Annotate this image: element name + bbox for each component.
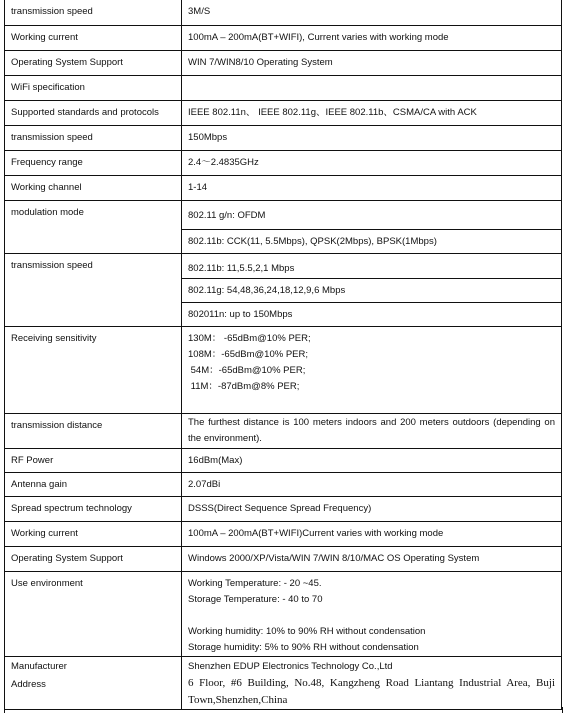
section-heading-wifi: WiFi specification (5, 75, 182, 100)
manufacturer-values: Shenzhen EDUP Electronics Technology Co.… (182, 656, 562, 709)
address-label: Address (11, 677, 175, 693)
manufacturer-address: 6 Floor, #6 Building, No.48, Kangzheng R… (188, 675, 555, 709)
spec-value-list: 130M： -65dBm@10% PER; 108M：-65dBm@10% PE… (182, 326, 562, 413)
sensitivity-line: 54M：-65dBm@10% PER; (188, 363, 555, 379)
table-row: Working current 100mA – 200mA(BT+WIFI)Cu… (5, 521, 562, 546)
spec-value: 1-14 (182, 175, 562, 200)
spec-label: Working channel (5, 175, 182, 200)
table-row: Manufacturer Address Shenzhen EDUP Elect… (5, 656, 562, 709)
table-continuation (4, 707, 563, 713)
table-row: Supported standards and protocols IEEE 8… (5, 100, 562, 125)
spec-label: Frequency range (5, 150, 182, 175)
manufacturer-label: Manufacturer (11, 659, 175, 675)
spec-value: DSSS(Direct Sequence Spread Frequency) (182, 496, 562, 521)
spec-value: 802.11g: 54,48,36,24,18,12,9,6 Mbps (182, 278, 562, 302)
spec-value: 150Mbps (182, 125, 562, 150)
table-row: Operating System Support Windows 2000/XP… (5, 546, 562, 571)
table-row: Antenna gain 2.07dBi (5, 472, 562, 496)
spec-label: transmission speed (5, 0, 182, 25)
table-row: modulation mode 802.11 g/n: OFDM (5, 200, 562, 229)
spec-value: 100mA – 200mA(BT+WIFI)Current varies wit… (182, 521, 562, 546)
spec-value (182, 75, 562, 100)
spec-label: transmission speed (5, 125, 182, 150)
manufacturer-name: Shenzhen EDUP Electronics Technology Co.… (188, 659, 555, 675)
spec-value: 802.11b: CCK(11, 5.5Mbps), QPSK(2Mbps), … (182, 229, 562, 253)
manufacturer-labels: Manufacturer Address (5, 656, 182, 709)
spec-label: Supported standards and protocols (5, 100, 182, 125)
spec-value: WIN 7/WIN8/10 Operating System (182, 50, 562, 75)
spec-value: IEEE 802.11n、 IEEE 802.11g、IEEE 802.11b、… (182, 100, 562, 125)
spec-label: Working current (5, 25, 182, 50)
spec-label: Antenna gain (5, 472, 182, 496)
spec-label: Receiving sensitivity (5, 326, 182, 413)
table-row: transmission speed 3M/S (5, 0, 562, 25)
spec-label: transmission distance (5, 413, 182, 448)
spec-value: 100mA – 200mA(BT+WIFI), Current varies w… (182, 25, 562, 50)
table-row: Use environment Working Temperature: - 2… (5, 571, 562, 656)
spec-label: transmission speed (5, 253, 182, 326)
spacer (188, 608, 555, 624)
spec-value: 16dBm(Max) (182, 448, 562, 472)
table-row: Working current 100mA – 200mA(BT+WIFI), … (5, 25, 562, 50)
table-row: Frequency range 2.4～2.4835GHz (5, 150, 562, 175)
table-row: Receiving sensitivity 130M： -65dBm@10% P… (5, 326, 562, 413)
table-row: Spread spectrum technology DSSS(Direct S… (5, 496, 562, 521)
spec-value: 2.4～2.4835GHz (182, 150, 562, 175)
spec-value: Windows 2000/XP/Vista/WIN 7/WIN 8/10/MAC… (182, 546, 562, 571)
spec-value: 802.11b: 11,5.5,2,1 Mbps (182, 253, 562, 278)
environment-values: Working Temperature: - 20 ~45. Storage T… (182, 571, 562, 656)
table-row: transmission distance The furthest dista… (5, 413, 562, 448)
sensitivity-line: 130M： -65dBm@10% PER; (188, 331, 555, 347)
spec-value: 802.11 g/n: OFDM (182, 200, 562, 229)
spec-value: 802011n: up to 150Mbps (182, 302, 562, 326)
table-row: transmission speed 802.11b: 11,5.5,2,1 M… (5, 253, 562, 278)
table-row: RF Power 16dBm(Max) (5, 448, 562, 472)
spec-table: transmission speed 3M/S Working current … (4, 0, 562, 710)
spec-label: Use environment (5, 571, 182, 656)
table-row: Operating System Support WIN 7/WIN8/10 O… (5, 50, 562, 75)
spec-label: modulation mode (5, 200, 182, 253)
table-row: Working channel 1-14 (5, 175, 562, 200)
table-row: WiFi specification (5, 75, 562, 100)
spec-value: The furthest distance is 100 meters indo… (182, 413, 562, 448)
table-row: transmission speed 150Mbps (5, 125, 562, 150)
spec-label: Operating System Support (5, 50, 182, 75)
spec-value: 3M/S (182, 0, 562, 25)
spec-label: RF Power (5, 448, 182, 472)
spec-label: Working current (5, 521, 182, 546)
storage-temperature: Storage Temperature: - 40 to 70 (188, 592, 555, 608)
spec-label: Spread spectrum technology (5, 496, 182, 521)
sensitivity-line: 108M：-65dBm@10% PER; (188, 347, 555, 363)
storage-humidity: Storage humidity: 5% to 90% RH without c… (188, 640, 555, 656)
spec-label: Operating System Support (5, 546, 182, 571)
working-temperature: Working Temperature: - 20 ~45. (188, 576, 555, 592)
spec-value: 2.07dBi (182, 472, 562, 496)
working-humidity: Working humidity: 10% to 90% RH without … (188, 624, 555, 640)
sensitivity-line: 11M：-87dBm@8% PER; (188, 379, 555, 395)
